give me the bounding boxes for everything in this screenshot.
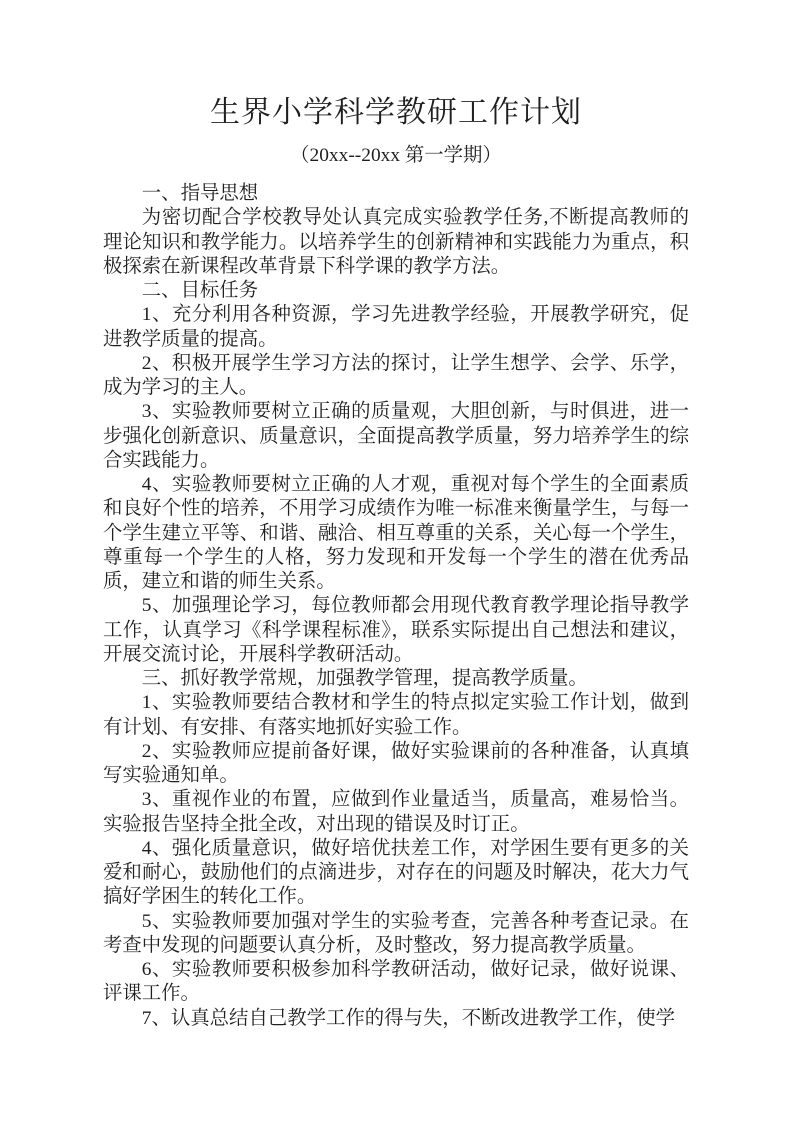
section-2-paragraph-5: 5、加强理论学习，每位教师都会用现代教育教学理论指导教学工作，认真学习《科学课程… (103, 594, 689, 667)
section-2-heading: 二、目标任务 (103, 279, 689, 303)
document-page: 生界小学科学教研工作计划 （20xx--20xx 第一学期） 一、指导思想 为密… (0, 0, 793, 1122)
section-3-paragraph-1: 1、实验教师要结合教材和学生的特点拟定实验工作计划，做到有计划、有安排、有落实地… (103, 691, 689, 740)
document-body: 一、指导思想 为密切配合学校教导处认真完成实验教学任务,不断提高教师的理论知识和… (103, 182, 689, 1031)
section-3-paragraph-4: 4、强化质量意识，做好培优扶差工作，对学困生要有更多的关爱和耐心，鼓励他们的点滴… (103, 837, 689, 910)
section-3-paragraph-3: 3、重视作业的布置，应做到作业量适当，质量高，难易恰当。实验报告坚持全批全改，对… (103, 788, 689, 837)
section-3-heading: 三、抓好教学常规，加强教学管理，提高教学质量。 (103, 667, 689, 691)
section-2-paragraph-1: 1、充分利用各种资源，学习先进教学经验，开展教学研究，促进教学质量的提高。 (103, 303, 689, 352)
document-title: 生界小学科学教研工作计划 (103, 93, 689, 133)
section-2-paragraph-2: 2、积极开展学生学习方法的探讨，让学生想学、会学、乐学，成为学习的主人。 (103, 352, 689, 401)
section-2-paragraph-4: 4、实验教师要树立正确的人才观，重视对每个学生的全面素质和良好个性的培养，不用学… (103, 473, 689, 594)
section-1-paragraph-1: 为密切配合学校教导处认真完成实验教学任务,不断提高教师的理论知识和教学能力。以培… (103, 206, 689, 279)
section-1-heading: 一、指导思想 (103, 182, 689, 206)
section-3-paragraph-7-truncated: 7、认真总结自己教学工作的得与失，不断改进教学工作，使学 (103, 1007, 689, 1031)
section-2-paragraph-3: 3、实验教师要树立正确的质量观，大胆创新，与时俱进，进一步强化创新意识、质量意识… (103, 400, 689, 473)
section-3-paragraph-2: 2、实验教师应提前备好课，做好实验课前的各种准备，认真填写实验通知单。 (103, 740, 689, 789)
section-3-paragraph-5: 5、实验教师要加强对学生的实验考查，完善各种考查记录。在考查中发现的问题要认真分… (103, 910, 689, 959)
document-subtitle: （20xx--20xx 第一学期） (103, 143, 689, 169)
section-3-paragraph-6: 6、实验教师要积极参加科学教研活动，做好记录，做好说课、评课工作。 (103, 958, 689, 1007)
